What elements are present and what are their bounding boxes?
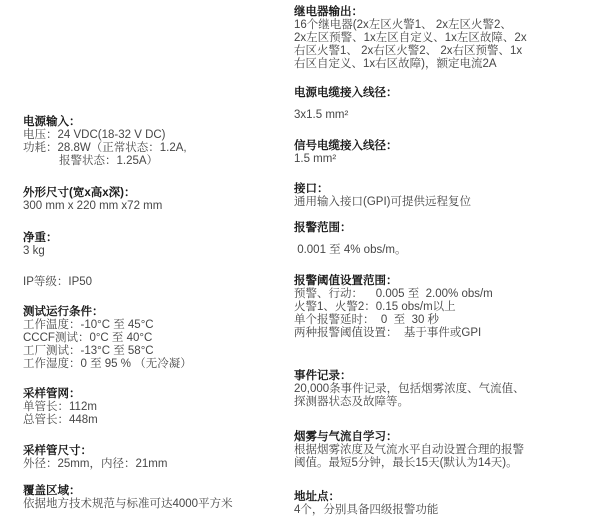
section-heading: 事件记录： [294, 369, 525, 383]
spec-test-conditions: 测试运行条件： 工作温度：-10°C 至 45°C CCCF测试：0°C 至 4… [23, 305, 192, 371]
spec-line: 单管长：112m [23, 401, 98, 414]
spec-power-input: 电源输入： 电压：24 VDC(18-32 V DC) 功耗：28.8W（正常状… [23, 115, 187, 168]
spec-line: 右区自定义、1x右区故障)，额定电流2A [294, 58, 527, 71]
section-heading: 外形尺寸(宽x高x深)： [23, 186, 162, 200]
spec-pipe-size: 采样管尺寸： 外径：25mm，内径：21mm [23, 444, 167, 471]
spec-ip-rating: IP等级：IP50 [23, 276, 92, 289]
section-heading: 继电器输出： [294, 5, 527, 19]
spec-line: 单个报警延时： 0 至 30 秒 [294, 314, 493, 327]
spec-pipe-network: 采样管网： 单管长：112m 总管长：448m [23, 387, 98, 427]
spec-net-weight: 净重： 3 kg [23, 231, 58, 258]
spec-line: 报警状态：1.25A） [23, 155, 187, 168]
spec-address-points: 地址点： 4个，分别具备四级报警功能 [294, 490, 438, 517]
section-heading: 覆盖区域： [23, 484, 233, 498]
spec-line: 总管长：448m [23, 414, 98, 427]
spec-line: 电压：24 VDC(18-32 V DC) [23, 129, 187, 142]
section-heading: 电源输入： [23, 115, 187, 129]
spec-line: 依据地方技术规范与标准可达4000平方米 [23, 498, 233, 511]
spec-line: 0.001 至 4% obs/m。 [294, 244, 407, 257]
spec-signal-cable: 信号电缆接入线径： 1.5 mm² [294, 139, 398, 166]
spec-line: 探测器状态及故障等。 [294, 396, 525, 409]
section-heading: 地址点： [294, 490, 438, 504]
spec-line: 3 kg [23, 245, 58, 258]
ip-label: IP等级： [23, 276, 68, 288]
spec-line: 预警、行动： 0.005 至 2.00% obs/m [294, 288, 493, 301]
spec-line: 外径：25mm，内径：21mm [23, 458, 167, 471]
spec-interface: 接口： 通用输入接口(GPI)可提供远程复位 [294, 182, 471, 209]
spec-line: 20,000条事件记录，包括烟雾浓度、气流值、 [294, 383, 525, 396]
spec-alarm-threshold: 报警阈值设置范围： 预警、行动： 0.005 至 2.00% obs/m 火警1… [294, 274, 493, 340]
spec-line: 两种报警阈值设置： 基于事件或GPI [294, 327, 493, 340]
ip-value: IP50 [68, 276, 92, 288]
spec-line: 火警1、火警2：0.15 obs/m以上 [294, 301, 493, 314]
spec-line: CCCF测试：0°C 至 40°C [23, 332, 192, 345]
section-heading: 电源电缆接入线径： [294, 86, 398, 100]
spec-line: 工作湿度：0 至 95 % （无冷凝） [23, 358, 192, 371]
spec-dimensions: 外形尺寸(宽x高x深)： 300 mm x 220 mm x72 mm [23, 186, 162, 213]
spec-line: 工厂测试：-13°C 至 58°C [23, 345, 192, 358]
spec-coverage: 覆盖区域： 依据地方技术规范与标准可达4000平方米 [23, 484, 233, 511]
spec-line: 通用输入接口(GPI)可提供远程复位 [294, 196, 471, 209]
section-heading: 信号电缆接入线径： [294, 139, 398, 153]
spec-line: 根据烟雾浓度及气流水平自动设置合理的报警 [294, 444, 524, 457]
spec-line: 功耗：28.8W（正常状态：1.2A, [23, 142, 187, 155]
spec-line: 300 mm x 220 mm x72 mm [23, 200, 162, 213]
spec-power-cable: 电源电缆接入线径： 3x1.5 mm² [294, 86, 398, 122]
spec-line: 3x1.5 mm² [294, 109, 398, 122]
spec-line: 右区火警1、 2x右区火警2、 2x右区预警、1x [294, 45, 527, 58]
spec-line: 工作温度：-10°C 至 45°C [23, 319, 192, 332]
section-heading: 测试运行条件： [23, 305, 192, 319]
spec-event-log: 事件记录： 20,000条事件记录，包括烟雾浓度、气流值、 探测器状态及故障等。 [294, 369, 525, 409]
section-heading: 采样管尺寸： [23, 444, 167, 458]
spec-line: 4个，分别具备四级报警功能 [294, 504, 438, 517]
spec-line: 2x左区预警、1x左区自定义、1x左区故障、2x [294, 32, 527, 45]
spec-self-learning: 烟雾与气流自学习： 根据烟雾浓度及气流水平自动设置合理的报警 阈值。最短5分钟，… [294, 430, 524, 470]
section-heading: 接口： [294, 182, 471, 196]
spec-line: 阈值。最短5分钟，最长15天(默认为14天)。 [294, 457, 524, 470]
section-heading: 采样管网： [23, 387, 98, 401]
spec-alarm-range: 报警范围： 0.001 至 4% obs/m。 [294, 221, 407, 257]
spec-line: 1.5 mm² [294, 153, 398, 166]
section-heading: 烟雾与气流自学习： [294, 430, 524, 444]
section-heading: 报警阈值设置范围： [294, 274, 493, 288]
spec-relay-output: 继电器输出： 16个继电器(2x左区火警1、 2x左区火警2、 2x左区预警、1… [294, 5, 527, 71]
section-heading: 净重： [23, 231, 58, 245]
spec-line: 16个继电器(2x左区火警1、 2x左区火警2、 [294, 19, 527, 32]
section-heading: 报警范围： [294, 221, 407, 235]
